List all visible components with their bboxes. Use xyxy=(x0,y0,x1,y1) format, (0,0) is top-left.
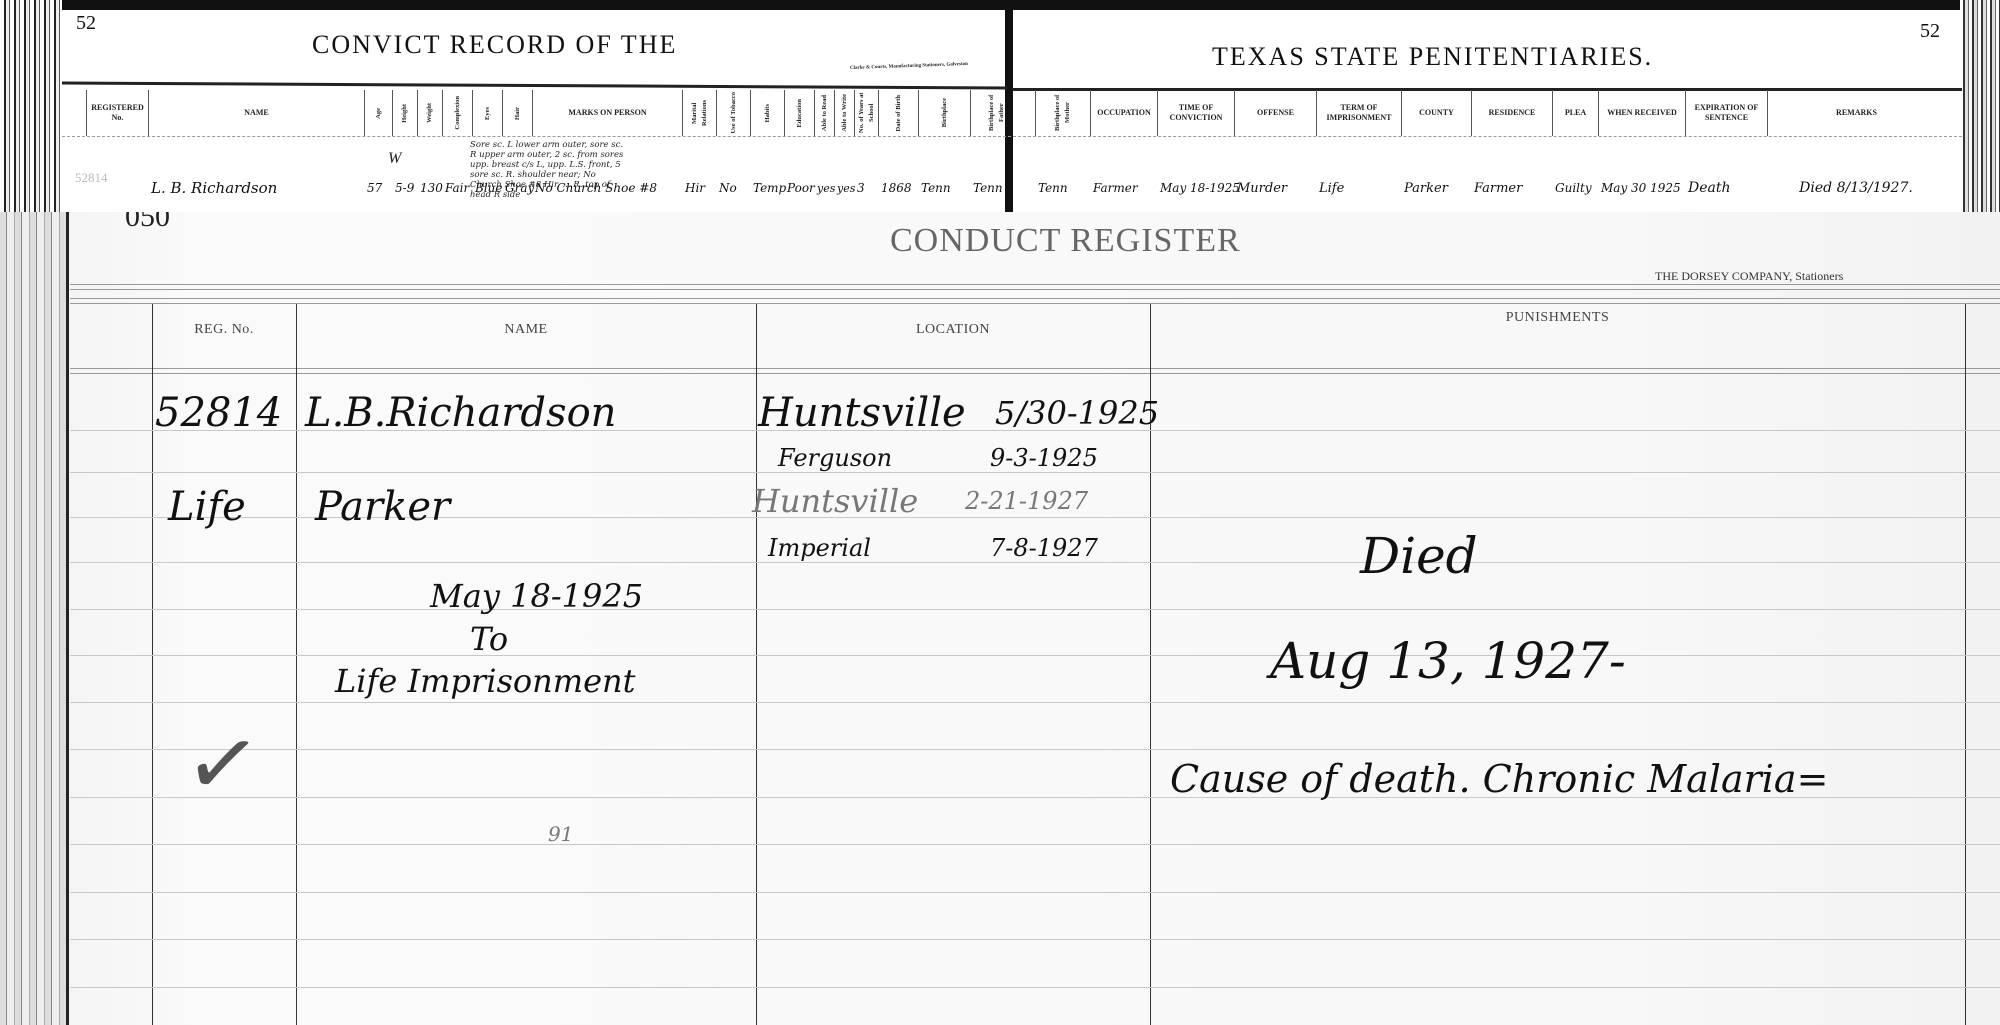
column-header-label: Eyes xyxy=(483,107,493,120)
column-header: Height xyxy=(392,90,417,136)
location-4-date: 7-8-1927 xyxy=(990,534,1098,562)
column-header: No. of Years at School xyxy=(854,90,878,136)
entry-received: May 30 1925 xyxy=(1598,181,1685,195)
margin-note: 91 xyxy=(548,822,573,846)
entry-term: Life xyxy=(1316,181,1401,196)
column-headers-right: Birthplace of MotherOCCUPATIONTIME OF CO… xyxy=(1035,90,1945,136)
column-header: TIME OF CONVICTION xyxy=(1157,90,1234,136)
column-header: Eyes xyxy=(472,90,502,136)
column-header: PLEA xyxy=(1552,90,1598,136)
column-header: MARKS ON PERSON xyxy=(532,90,682,136)
entry-marks-short: No Church Shoe #8 xyxy=(532,181,682,195)
check-mark-icon: ✓ xyxy=(178,707,267,821)
ledger-line xyxy=(70,702,2000,703)
header-rule-bottom xyxy=(70,368,2000,374)
column-header: RESIDENCE xyxy=(1471,90,1552,136)
column-header: WHEN RECEIVED xyxy=(1598,90,1685,136)
ledger-line xyxy=(70,844,2000,845)
ledger-line xyxy=(70,609,2000,610)
column-header-label: Age xyxy=(374,108,384,119)
column-header-label: OFFENSE xyxy=(1257,108,1294,118)
header-rule-left xyxy=(62,82,1007,90)
column-header: Complexion xyxy=(442,90,472,136)
column-divider xyxy=(756,304,757,1025)
entry-age: 57 xyxy=(364,181,392,195)
column-header-label: Height xyxy=(400,104,410,123)
column-divider xyxy=(296,304,297,1025)
column-header-label: REMARKS xyxy=(1836,108,1877,118)
entry-tobacco: No xyxy=(716,181,750,195)
column-header: REMARKS xyxy=(1767,90,1945,136)
column-header-label: Able to Write xyxy=(840,94,850,132)
inmate-name: L.B.Richardson xyxy=(305,390,616,436)
entry-write: yes xyxy=(834,182,854,195)
entry-plea: Guilty xyxy=(1552,181,1598,195)
column-header-label: RESIDENCE xyxy=(1489,108,1536,118)
column-header-label: TERM OF IMPRISONMENT xyxy=(1319,103,1399,123)
entry-county: Parker xyxy=(1401,181,1471,196)
column-header-label: MARKS ON PERSON xyxy=(568,108,646,118)
stamp-number: 050 xyxy=(125,212,170,234)
location-2-place: Ferguson xyxy=(778,444,892,472)
entry-name: L. B. Richardson xyxy=(148,179,364,197)
column-header-label: Birthplace xyxy=(940,98,950,127)
header-location: LOCATION xyxy=(756,322,1150,338)
header-name: NAME xyxy=(296,322,756,338)
entry-height: 5-9 xyxy=(392,181,417,195)
column-header-label: WHEN RECEIVED xyxy=(1607,108,1677,118)
column-header-label: PLEA xyxy=(1565,108,1586,118)
complexion-mark: W xyxy=(388,150,401,168)
entry-hair: Gray xyxy=(502,181,532,195)
entry-marital: Hir xyxy=(682,181,716,195)
column-header: COUNTY xyxy=(1401,90,1471,136)
column-header: Use of Tobacco xyxy=(716,90,750,136)
column-header-label: Use of Tobacco xyxy=(729,92,739,134)
header-reg-no: REG. No. xyxy=(152,322,296,338)
column-header-label: Complexion xyxy=(453,96,463,130)
entry-remarks: Died 8/13/1927. xyxy=(1767,180,1945,196)
column-header-label: COUNTY xyxy=(1419,108,1454,118)
column-header: NAME xyxy=(148,90,364,136)
column-header-label: OCCUPATION xyxy=(1097,108,1150,118)
book-edge-shadow xyxy=(0,0,2000,10)
column-divider xyxy=(152,304,153,1025)
stationer-imprint: THE DORSEY COMPANY, Stationers xyxy=(1655,269,1843,284)
entry-weight: 130 xyxy=(417,181,442,195)
location-3-date: 2-21-1927 xyxy=(965,487,1088,515)
column-header: Marital Relations xyxy=(682,90,716,136)
column-header: EXPIRATION OF SENTENCE xyxy=(1685,90,1767,136)
record-title-right: TEXAS STATE PENITENTIARIES. xyxy=(1212,42,1653,72)
column-header-label: NAME xyxy=(244,108,268,118)
to-word: To xyxy=(470,620,508,658)
conviction-date: May 18-1925 xyxy=(430,577,643,615)
column-header-label: Hair xyxy=(513,107,523,120)
column-header: Date of Birth xyxy=(878,90,918,136)
convict-entry-left: L. B. Richardson 57 5-9 130 Fair Blue Gr… xyxy=(86,170,1022,206)
convict-entry-right: Tenn Farmer May 18-1925 Murder Life Park… xyxy=(1035,170,1945,206)
column-header: Education xyxy=(784,90,814,136)
term-life: Life xyxy=(168,484,246,530)
column-header: REGISTERED No. xyxy=(86,90,148,136)
entry-complexion: Fair xyxy=(442,181,472,195)
column-header: Birthplace of Mother xyxy=(1035,90,1090,136)
column-header: Habits xyxy=(750,90,784,136)
column-header: Weight xyxy=(417,90,442,136)
column-divider xyxy=(1965,304,1966,1025)
column-header: Birthplace xyxy=(918,90,970,136)
ledger-line xyxy=(70,562,2000,563)
entry-eyes: Blue xyxy=(472,181,502,195)
ledger-line xyxy=(70,472,2000,473)
record-title-left: CONVICT RECORD OF THE xyxy=(312,30,677,60)
entry-birthplace-mother: Tenn xyxy=(1035,181,1090,195)
page-edges-left-lower xyxy=(0,212,66,1025)
entry-birthplace-father: Tenn xyxy=(970,181,1022,195)
column-header-label: Weight xyxy=(425,103,435,123)
page-number-right: 52 xyxy=(1920,20,1940,43)
column-header: OCCUPATION xyxy=(1090,90,1157,136)
sentence: Life Imprisonment xyxy=(335,662,635,700)
cause-of-death: Cause of death. Chronic Malaria= xyxy=(1170,757,1828,801)
entry-residence: Farmer xyxy=(1471,181,1552,196)
column-header-label: EXPIRATION OF SENTENCE xyxy=(1688,103,1765,123)
entry-read: yes xyxy=(814,182,834,195)
punishment-status: Died xyxy=(1360,527,1478,585)
header-punishments: PUNISHMENTS xyxy=(1150,310,1965,326)
column-header: Hair xyxy=(502,90,532,136)
county: Parker xyxy=(315,484,450,530)
entry-birth-date: 1868 xyxy=(878,181,918,195)
entry-occupation: Farmer xyxy=(1090,181,1157,195)
conduct-register-title: CONDUCT REGISTER xyxy=(890,222,1241,260)
column-header-label: Marital Relations xyxy=(690,90,710,136)
ledger-line xyxy=(70,892,2000,893)
column-header: TERM OF IMPRISONMENT xyxy=(1316,90,1401,136)
column-header: Able to Write xyxy=(834,90,854,136)
location-2-date: 9-3-1925 xyxy=(990,444,1098,472)
ledger-line xyxy=(70,749,2000,750)
entry-education: Poor xyxy=(784,181,814,195)
previous-entry-cutoff xyxy=(62,136,1962,140)
page-edges-left xyxy=(0,0,62,212)
entry-birthplace: Tenn xyxy=(918,181,970,195)
convict-record-strip: 52 52 CONVICT RECORD OF THE TEXAS STATE … xyxy=(0,0,2000,212)
column-header-label: No. of Years at School xyxy=(857,90,877,136)
death-date: Aug 13, 1927- xyxy=(1270,632,1626,690)
column-header: Age xyxy=(364,90,392,136)
page-number-left: 52 xyxy=(76,12,96,35)
column-header-label: Birthplace of Father xyxy=(987,90,1007,136)
column-header-label: Date of Birth xyxy=(894,95,904,131)
entry-offense: Murder xyxy=(1234,181,1316,196)
ledger-line xyxy=(70,939,2000,940)
column-header: Birthplace of Father xyxy=(970,90,1022,136)
entry-conviction-time: May 18-1925 xyxy=(1157,181,1234,195)
column-header-label: Habits xyxy=(763,104,773,122)
page-edges-right xyxy=(1960,0,2000,212)
page-border xyxy=(66,212,69,1025)
entry-school-years: 3 xyxy=(854,181,878,195)
column-headers-left: REGISTERED No.NAMEAgeHeightWeightComplex… xyxy=(86,90,1022,136)
column-header-label: Birthplace of Mother xyxy=(1053,90,1073,136)
column-header: Able to Read xyxy=(814,90,834,136)
column-header: OFFENSE xyxy=(1234,90,1316,136)
reg-number: 52814 xyxy=(155,390,282,436)
column-header-label: Able to Read xyxy=(820,95,830,131)
location-1-date: 5/30-1925 xyxy=(995,394,1159,432)
header-rule-second xyxy=(70,298,2000,304)
entry-habits: Temp xyxy=(750,181,784,195)
location-4-place: Imperial xyxy=(768,534,871,562)
entry-expiration: Death xyxy=(1685,180,1767,196)
ledger-line xyxy=(70,655,2000,656)
conduct-register-page: 050 CONDUCT REGISTER THE DORSEY COMPANY,… xyxy=(0,212,2000,1025)
ledger-line xyxy=(70,987,2000,988)
column-header-label: REGISTERED No. xyxy=(89,103,146,123)
location-3-place: Huntsville xyxy=(752,482,918,520)
column-header-label: TIME OF CONVICTION xyxy=(1160,103,1232,123)
header-rule-top xyxy=(70,284,2000,290)
location-1-place: Huntsville xyxy=(758,390,966,436)
printer-imprint: Clarke & Courts, Manufacturing Stationer… xyxy=(850,62,968,71)
column-header-label: Education xyxy=(795,99,805,128)
